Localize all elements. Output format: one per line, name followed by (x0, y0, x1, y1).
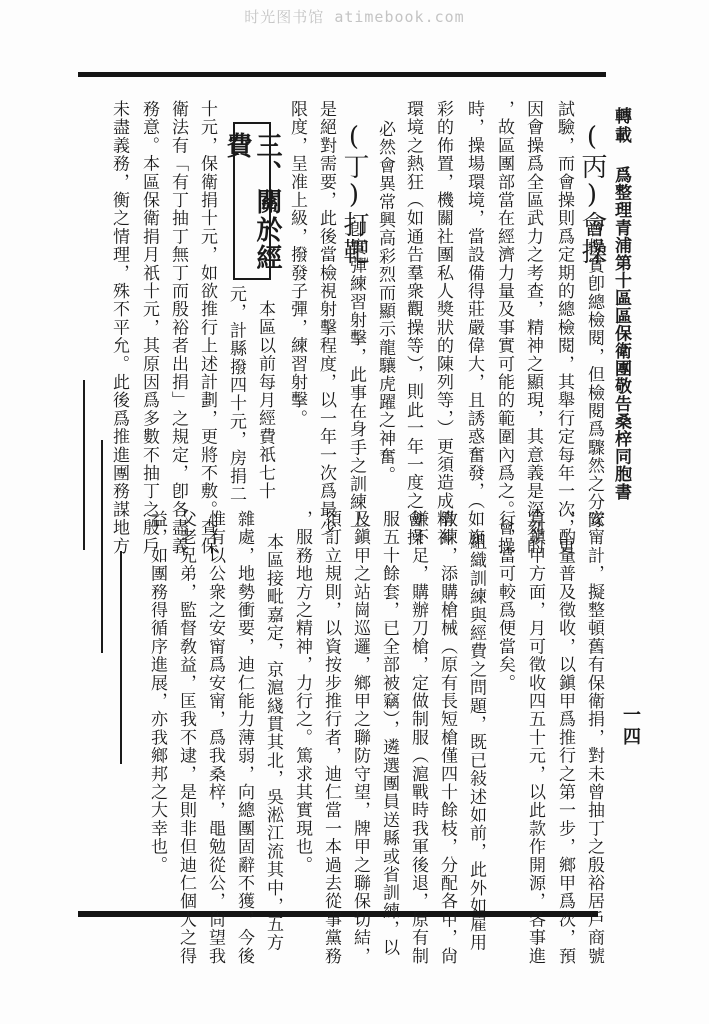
text-line: ，故區團部當在經濟力量及事實可能的範圍內爲之。會操 (493, 100, 515, 555)
left-border-line (120, 551, 122, 764)
text-line: 敎練，添購槍械（原有長短槍僅四十餘枝，分配各甲，尙 (436, 510, 458, 965)
text-line: 惟有以公衆之安甯爲安甯，爲我桑梓，黽勉從公，尙望我 (204, 510, 226, 965)
text-line: 會操實卽總檢閱，但檢閱爲驟然之分隊 (583, 220, 605, 529)
text-line: 務意。本區保衛捐月祇十元，其原因爲多數不抽丁之殷戶 (138, 100, 160, 555)
text-line: 組織訓練與經費之問題，既已敍述如前，此外如雇用 (465, 533, 487, 952)
text-line: 是絕對需要，此後當檢視射擊程度，以一年一次爲最少 (315, 100, 337, 537)
text-line: 嫌不足，購辦刀槍，定做制服（滬戰時我軍後退，原有制 (407, 510, 429, 965)
section-heading-box: 三、關於經費 (233, 122, 271, 280)
text-line: 行，當可較爲便當矣。 (494, 510, 516, 692)
text-line: 父老兄弟，監督敎益，匡我不逮，是則非但迪仁個人之得 (175, 510, 197, 965)
text-line: 十元，保衛捐十元，如欲推行上述計劃，更將不敷。查保 (196, 100, 218, 555)
text-line: 因會操爲全區武力之考查，精神之顯現，其意義是深刻的 (522, 100, 544, 555)
text-line: 益，如團務得循序進展，亦我鄉邦之大幸也。 (146, 510, 168, 874)
text-line: 必然會異常興高彩烈而顯示龍驤虎躍之神奮。 (374, 120, 396, 484)
text-line: 卽實彈練習射擊，此事在身手之訓練上 (345, 220, 367, 529)
text-line: 試驗，而會操則爲定期的總檢閱，其舉行定每年一次，更 (553, 100, 575, 555)
text-line: ，服務地方之精神，力行之。篤求其實現也。 (291, 510, 313, 874)
left-border-line (83, 380, 85, 550)
section-heading: 三、關於經費 (222, 132, 282, 278)
text-line: 環境之熱狂（如通告羣衆觀操等），則此一年一度之會操 (402, 100, 424, 547)
text-line: 安甯計，擬整頓舊有保衛捐，對未曾抽丁之殷裕居戶商號 (583, 510, 605, 965)
text-line: 彩的佈置，機關社團私人獎狀的陳列等，）更須造成精神 (432, 100, 454, 547)
text-line: ，酌量普及徵收，以鎭甲爲推行之第一步，鄉甲爲次，預 (554, 510, 576, 965)
text-line: 衛法有「有丁抽丁無丁而殷裕者出捐」之規定，卽各盡義 (167, 100, 189, 555)
text-line: 算鎭甲方面，月可徵收四五十元，以此款作開源，各事進 (524, 510, 546, 965)
column-label: 轉載 (610, 107, 632, 145)
page-number: 一四 (617, 705, 643, 749)
text-line: 服五十餘套，已全部被竊），遴選團員送縣或省訓練，以 (378, 510, 400, 957)
text-line: 及鎭甲之站崗巡邏，鄉甲之聯防守望，牌甲之聯保切結， (349, 510, 371, 965)
text-line: 本區接毗嘉定，京滬綫貫其北，吳淞江流其中，五方 (262, 533, 284, 952)
text-line: 元，計縣撥四十元，房捐二 (225, 285, 247, 503)
text-line: 時，操場環境，當設備得莊嚴偉大，且誘惑奮發，（如旗 (463, 100, 485, 547)
text-line: 限度，呈准上級，撥發子彈，練習射擊。 (286, 100, 308, 428)
text-line: 未盡義務，衡之情理，殊不平允。此後爲推進團務謀地方 (108, 100, 130, 555)
text-line: 雜處，地勢衝要，迪仁能力薄弱，向總團固辭不獲，今後 (233, 510, 255, 965)
text-line: 須訂立規則，以資按步推行者，迪仁當一本過去從事黨務 (320, 510, 342, 965)
text-line: 本區以前每月經費祇七十 (254, 300, 276, 500)
watermark: 时光图书馆 atimebook.com (0, 6, 709, 27)
article-title: 爲整理青浦第十區區保衛團敬告桑梓同胞書 (610, 166, 632, 500)
left-border-line (101, 440, 103, 653)
top-rule (78, 72, 606, 77)
